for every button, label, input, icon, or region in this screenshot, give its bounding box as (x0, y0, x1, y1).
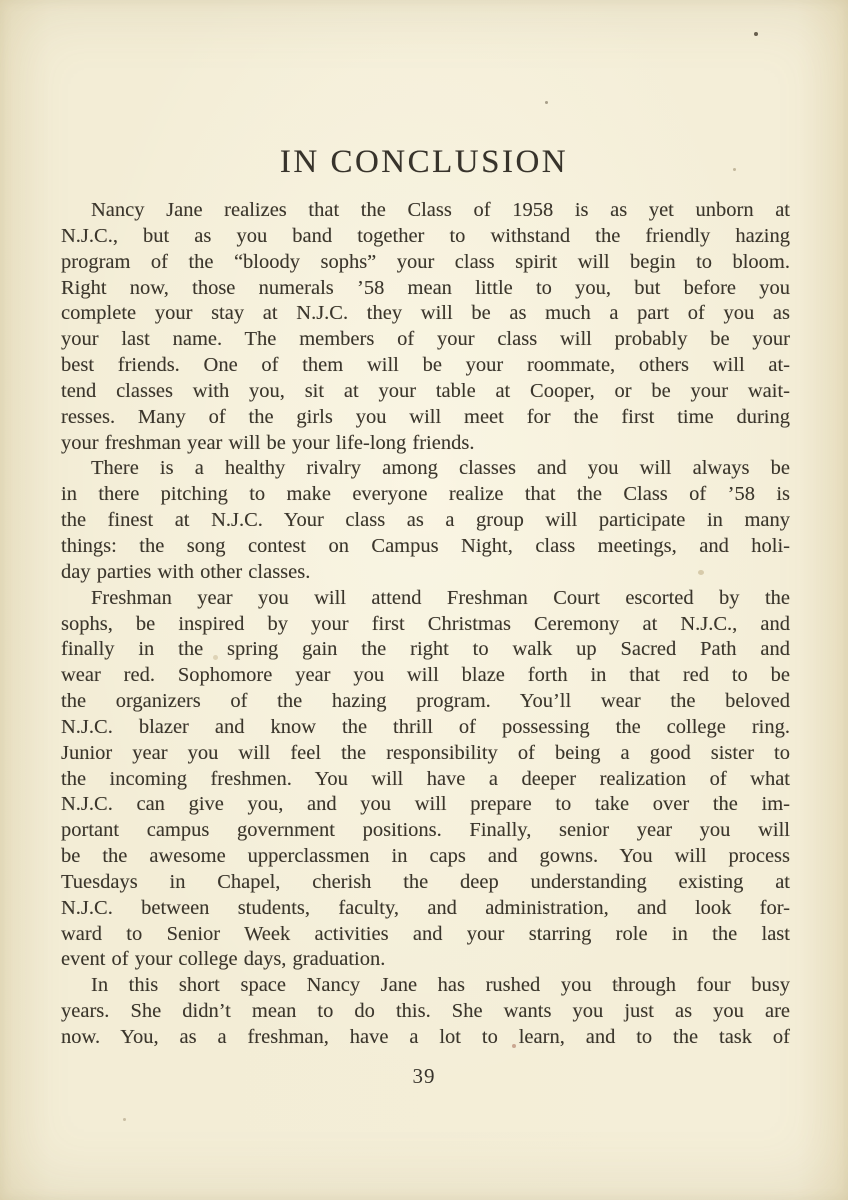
page-body: Nancy Jane realizes that the Class of 19… (61, 198, 790, 1051)
scan-speck (545, 101, 548, 104)
text-line: event of your college days, graduation. (61, 947, 790, 973)
text-line: your freshman year will be your life-lon… (61, 431, 790, 457)
page-number: 39 (0, 1064, 848, 1089)
page-title: IN CONCLUSION (0, 144, 848, 181)
paragraph: There is a healthy rivalry among classes… (61, 456, 790, 585)
text-line: complete your stay at N.J.C. they will b… (61, 301, 790, 327)
text-line: resses. Many of the girls you will meet … (61, 405, 790, 431)
text-line: N.J.C. between students, faculty, and ad… (61, 896, 790, 922)
text-line: Tuesdays in Chapel, cherish the deep und… (61, 870, 790, 896)
text-line: be the awesome upperclassmen in caps and… (61, 844, 790, 870)
text-line: the incoming freshmen. You will have a d… (61, 767, 790, 793)
text-line: now. You, as a freshman, have a lot to l… (61, 1025, 790, 1051)
text-line: in there pitching to make everyone reali… (61, 482, 790, 508)
text-line: N.J.C., but as you band together to with… (61, 224, 790, 250)
scan-speck (754, 32, 758, 36)
text-line: the organizers of the hazing program. Yo… (61, 689, 790, 715)
paragraph: Nancy Jane realizes that the Class of 19… (61, 198, 790, 456)
text-line: wear red. Sophomore year you will blaze … (61, 663, 790, 689)
text-line: ward to Senior Week activities and your … (61, 922, 790, 948)
text-line: N.J.C. blazer and know the thrill of pos… (61, 715, 790, 741)
text-line: Right now, those numerals ’58 mean littl… (61, 276, 790, 302)
text-line: There is a healthy rivalry among classes… (61, 456, 790, 482)
text-line: years. She didn’t mean to do this. She w… (61, 999, 790, 1025)
text-line: program of the “bloody sophs” your class… (61, 250, 790, 276)
text-line: sophs, be inspired by your first Christm… (61, 612, 790, 638)
paragraph: In this short space Nancy Jane has rushe… (61, 973, 790, 1051)
text-line: Freshman year you will attend Freshman C… (61, 586, 790, 612)
text-line: portant campus government positions. Fin… (61, 818, 790, 844)
paragraph: Freshman year you will attend Freshman C… (61, 586, 790, 974)
text-line: tend classes with you, sit at your table… (61, 379, 790, 405)
text-line: your last name. The members of your clas… (61, 327, 790, 353)
text-line: day parties with other classes. (61, 560, 790, 586)
text-line: the finest at N.J.C. Your class as a gro… (61, 508, 790, 534)
text-line: things: the song contest on Campus Night… (61, 534, 790, 560)
text-line: finally in the spring gain the right to … (61, 637, 790, 663)
scanned-page: IN CONCLUSION Nancy Jane realizes that t… (0, 0, 848, 1200)
text-line: Nancy Jane realizes that the Class of 19… (61, 198, 790, 224)
scan-speck (123, 1118, 126, 1121)
text-line: best friends. One of them will be your r… (61, 353, 790, 379)
text-line: Junior year you will feel the responsibi… (61, 741, 790, 767)
text-line: N.J.C. can give you, and you will prepar… (61, 792, 790, 818)
text-line: In this short space Nancy Jane has rushe… (61, 973, 790, 999)
